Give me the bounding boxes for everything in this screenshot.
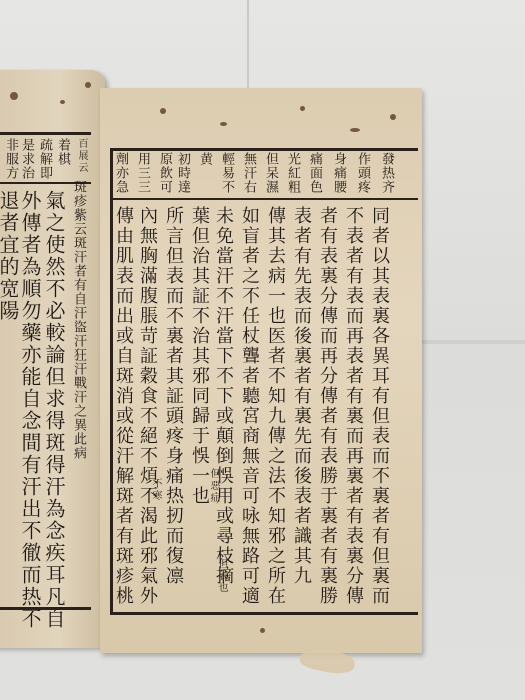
header-col: 用三三 [136, 152, 149, 194]
body-col: 如盲者之不任杖聾者聽宮商無音可咏無路可適 [240, 206, 258, 606]
body-col: 者有表裏分傳而再分傳者有表勝于裏者有裏勝 [318, 206, 336, 606]
body-col: 未免當汗不汗當下不下或顛倒悞用或尋枝摘 [214, 206, 232, 586]
header-col: 作頭疼 [356, 152, 369, 194]
backdrop-fold [420, 340, 525, 344]
body-col: 內無胸滿腹脹苛証穀食不絕不煩不渴此邪氣外 [138, 206, 156, 606]
header-col: 光紅粗 [286, 152, 299, 194]
wormhole-stain [60, 100, 65, 104]
body-col: 傳其去病一也医者不知九傳之法不知邪之所在 [266, 206, 284, 606]
header-col: 原飲可 [158, 152, 171, 194]
header-col: 黄 [198, 152, 211, 166]
body-col: 同者以其表裏各異耳有但表而不裏者有但裏而 [370, 206, 388, 606]
header-col: 身痛腰 [332, 152, 345, 194]
backdrop-crease [247, 0, 249, 95]
wormhole-stain [85, 82, 91, 88]
wormhole-stain [10, 92, 18, 100]
left-header-col: 着棋 [56, 138, 69, 166]
wormhole-stain [260, 628, 265, 633]
body-col: 傳由肌表而出或自斑消或從汗解斑者有斑疹桃 [114, 206, 132, 606]
body-col: 所言但表而不裏者其証頭疼身痛热扨而復凛 [164, 206, 182, 586]
annotation-note: 不寒 [150, 478, 160, 502]
left-body-col: 外傳者為順勿藥亦能自念間有汗出不徹而热不 [20, 190, 40, 630]
header-col: 痛面色 [308, 152, 321, 194]
wormhole-stain [350, 128, 360, 132]
main-page: 劑亦急 用三三 原飲可 初時達 黄 輕易不 無汗右 但呆濕 光紅粗 痛面色 身痛… [100, 88, 422, 653]
header-col: 初時達 [176, 152, 189, 194]
body-col: 葉但治其証不治其邪同歸于悞一也 [190, 206, 208, 506]
wormhole-stain [300, 106, 305, 111]
left-body-col: 氣之使然不必較論但求得斑得汗為念疾耳凡自 [44, 190, 64, 630]
annotation-note: 但表也 [216, 558, 226, 594]
annotation-note: 但惡症 [208, 468, 218, 504]
left-body-col: 退者宜的宽陽 [0, 190, 18, 322]
left-body-col: 斑疹紫云斑汗者有自汗盜汗狂汗戰汗之異此病 [72, 180, 85, 460]
wormhole-stain [220, 122, 227, 126]
header-col: 輕易不 [220, 152, 233, 194]
header-col: 劑亦急 [114, 152, 127, 194]
body-col: 表者有先表而後裏者有裏先而後表者識其九 [292, 206, 310, 586]
left-margin-col: 百展云 [76, 138, 86, 174]
left-page: 非服方 是求治 疏解即 着棋 百展云 退者宜的宽陽 外傳者為順勿藥亦能自念間有汗… [0, 70, 105, 648]
left-header-col: 疏解即 [38, 138, 51, 180]
wormhole-stain [390, 114, 396, 120]
left-header-col: 是求治 [20, 138, 33, 180]
wormhole-stain [160, 108, 166, 114]
left-header-col: 非服方 [4, 138, 17, 180]
body-col: 不表者有表而再表者有裏而再裏者有表裏分傳 [344, 206, 362, 606]
header-col: 但呆濕 [264, 152, 277, 194]
header-col: 發热齐 [380, 152, 393, 194]
header-col: 無汗右 [242, 152, 255, 194]
